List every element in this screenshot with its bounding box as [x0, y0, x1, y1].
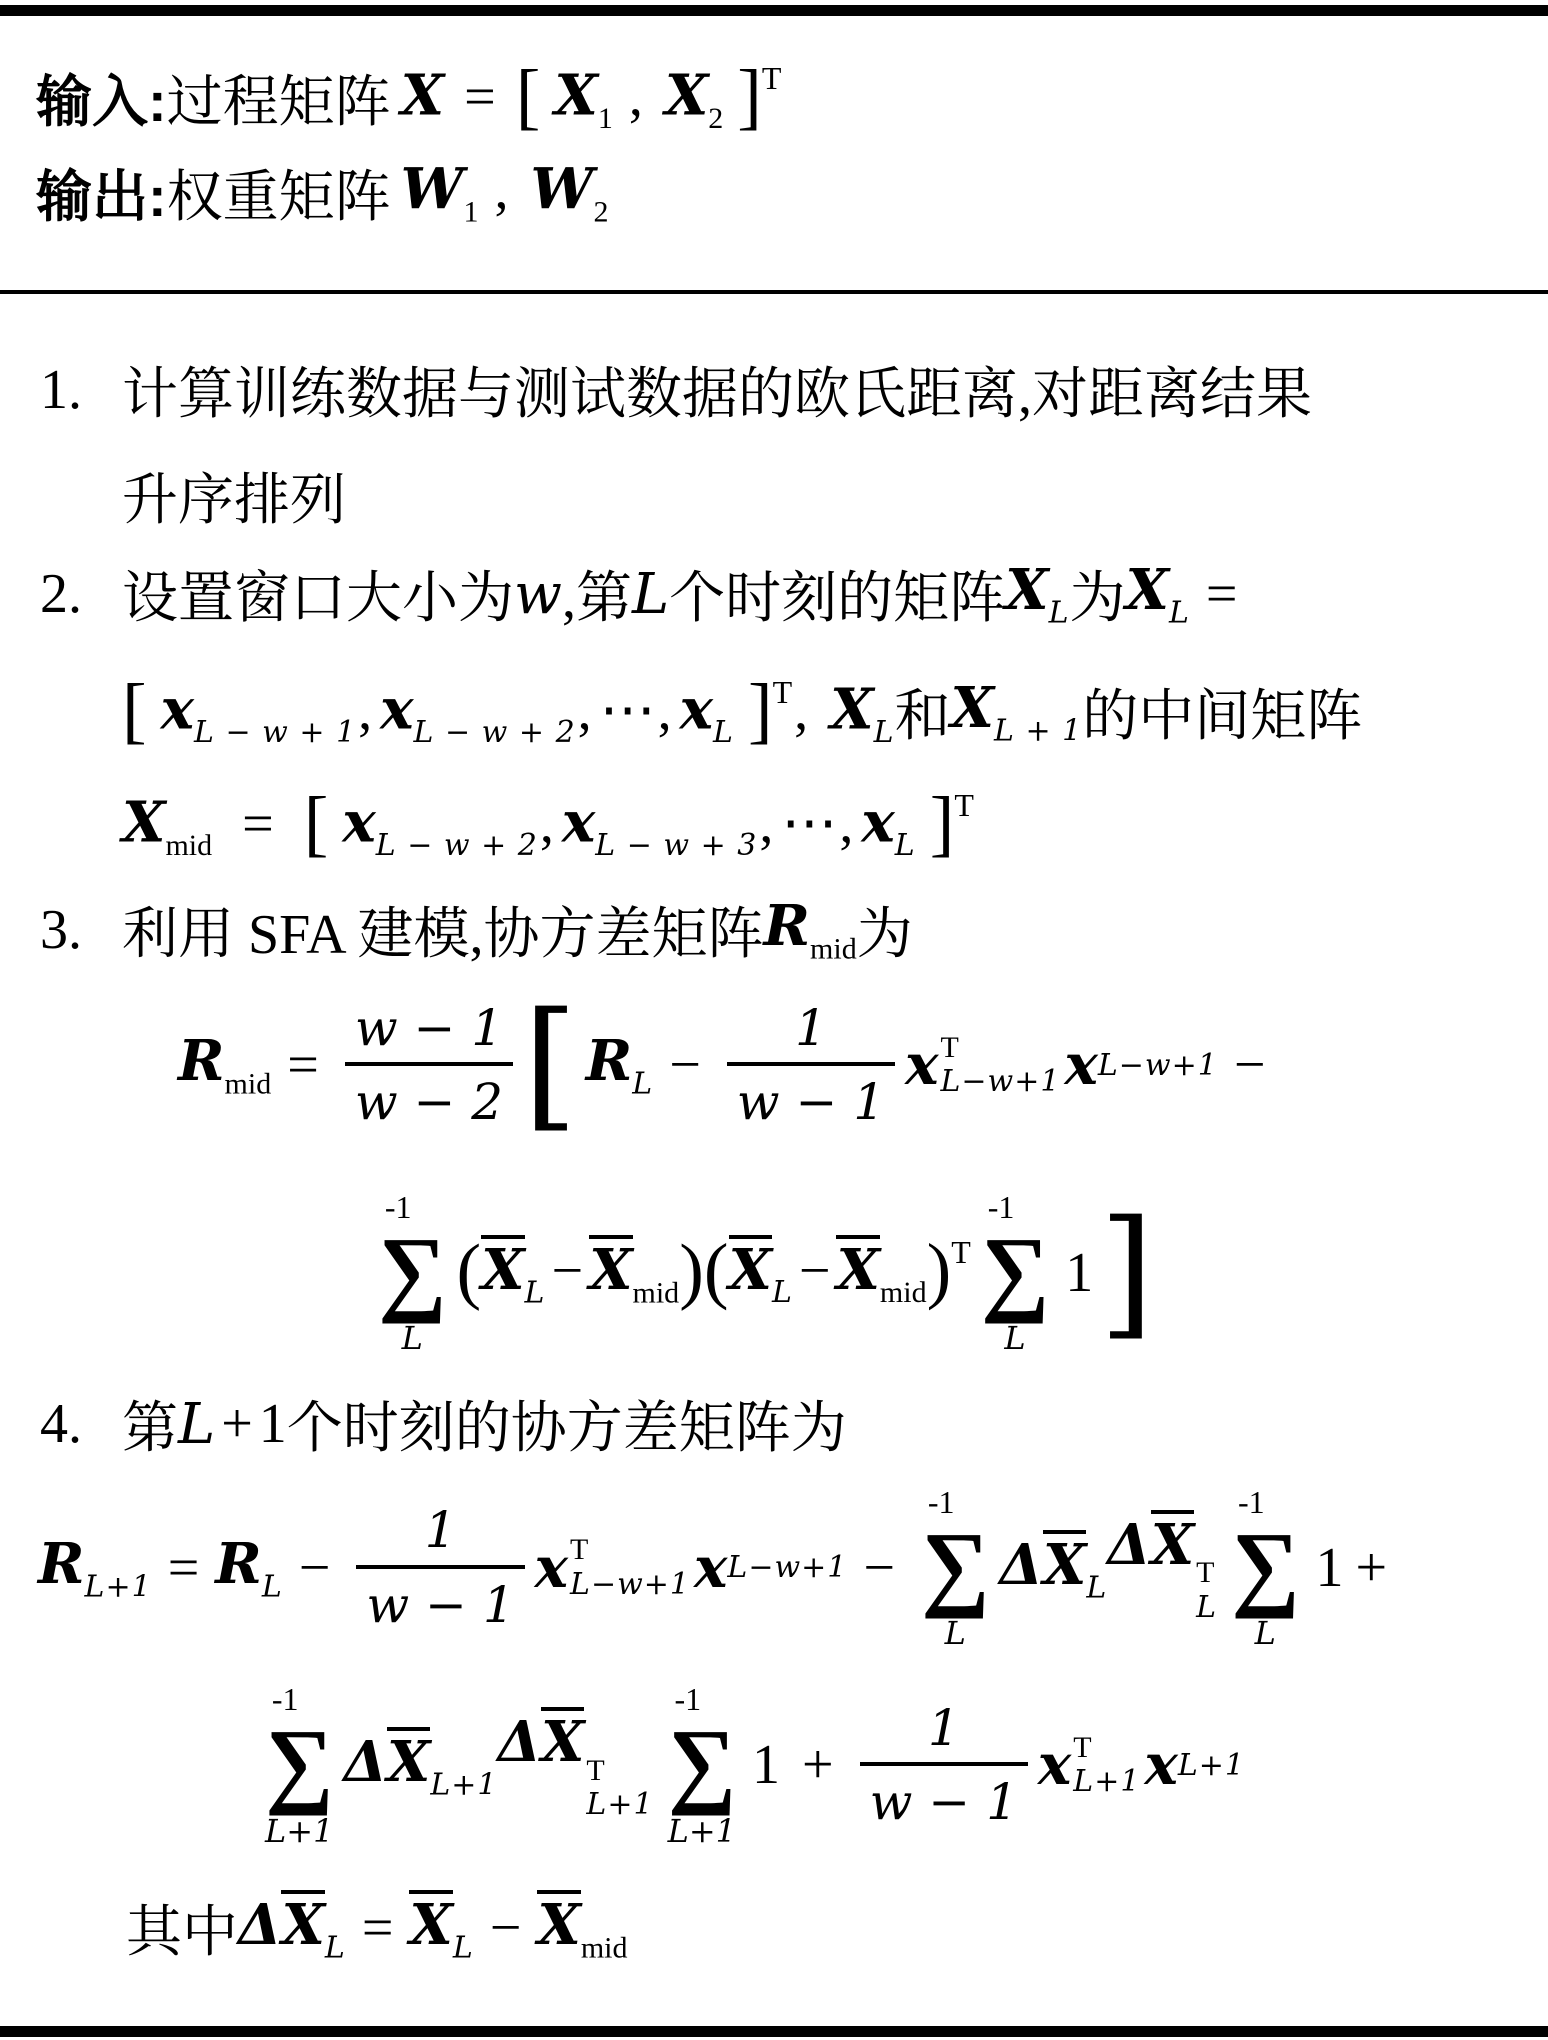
- input-formula: X = [ X1 , X2 ]T: [401, 60, 782, 136]
- step-2-text-6: 的中间矩阵: [1082, 672, 1362, 752]
- op-minus: −: [299, 1536, 331, 1600]
- sub-mid: mid: [810, 933, 857, 966]
- sub-L: L: [772, 1276, 793, 1311]
- var-L: L: [178, 1392, 215, 1457]
- denominator: w − 1: [356, 1565, 524, 1632]
- sup-transpose: T: [586, 1754, 604, 1789]
- output-formula: W1 , W2: [401, 156, 609, 230]
- left-paren: (: [456, 1230, 481, 1312]
- var-x-transpose: x: [905, 1032, 938, 1098]
- fraction-1-over-w1: 1w − 1: [727, 1002, 895, 1129]
- sup-inverse: -1: [1238, 1486, 1265, 1518]
- var-X2: X: [665, 63, 708, 129]
- sup-inverse: -1: [674, 1683, 701, 1715]
- xl-vector-formula: [ xL − w + 1,xL − w + 2,⋯,xL ]T, XL: [122, 674, 895, 750]
- op-equals: =: [464, 66, 496, 128]
- sub-L: L: [1086, 1570, 1107, 1605]
- step-2-text-4: 为: [1070, 554, 1126, 634]
- op-equals: =: [168, 1536, 200, 1600]
- input-term: 过程矩阵: [167, 58, 391, 138]
- var-X: X: [951, 675, 994, 741]
- cdots: ⋯: [781, 793, 837, 855]
- output-term: 权重矩阵: [167, 153, 391, 233]
- step-3-text-2: 为: [857, 890, 913, 970]
- input-label: 输入:: [36, 58, 167, 138]
- supsub-T-Lw1: TL−w+1: [940, 1031, 1060, 1100]
- sub-mid: mid: [581, 1931, 628, 1964]
- step-1-number: 1.: [40, 358, 122, 422]
- sub-L: L: [1049, 596, 1070, 631]
- sub-L-plus-1: L+1: [586, 1788, 653, 1823]
- var-X1: X: [554, 63, 597, 129]
- var-RL: RL: [586, 1028, 653, 1102]
- comma: ,: [658, 680, 672, 742]
- fraction-w1-over-w2: w − 1w − 2: [345, 1002, 513, 1129]
- var-x: x: [562, 790, 595, 856]
- delta-Xbar-L: ΔXL: [238, 1890, 346, 1966]
- sup-inverse: -1: [988, 1191, 1015, 1223]
- right-bracket: ]: [930, 782, 955, 864]
- var-W1: W: [401, 156, 464, 222]
- var-x: x: [342, 790, 375, 856]
- sub-L-w-3: L − w + 3: [595, 828, 757, 863]
- op-minus: −: [551, 1240, 583, 1302]
- where-text: 其中: [126, 1888, 238, 1968]
- sigma-inverse-L: -1∑L: [378, 1191, 446, 1354]
- sup-inverse: -1: [928, 1486, 955, 1518]
- sub-L: L: [632, 1067, 653, 1102]
- var-L: L: [632, 562, 669, 627]
- paren-group-2: (XL−Xmid)T: [704, 1234, 971, 1310]
- sub-L-plus-1: L+1: [1073, 1765, 1140, 1800]
- sub-1: 1: [598, 102, 613, 135]
- var-X-bar: X: [1043, 1532, 1086, 1598]
- sigma-inverse-L: -1∑L: [981, 1191, 1049, 1354]
- op-equals: =: [287, 1033, 319, 1097]
- step-2-number: 2.: [40, 562, 122, 626]
- cdots: ⋯: [600, 680, 656, 742]
- formula-rmid-line-1: Rmid = w − 1w − 2 [ RL − 1w − 1 xTL−w+1 …: [178, 980, 1281, 1150]
- delta-icon: Δ: [498, 1709, 541, 1775]
- var-X-bar: X: [537, 1892, 580, 1958]
- formula-where-line: 其中 ΔXL = XL − Xmid: [126, 1880, 628, 1975]
- sub-L: L: [895, 828, 916, 863]
- var-x: x: [161, 677, 194, 743]
- var-X-bar: X: [1151, 1512, 1194, 1578]
- op-plus: +: [1356, 1536, 1388, 1600]
- sub-L: L: [262, 1569, 283, 1604]
- sub-L: L: [1255, 1617, 1276, 1649]
- step-2-line-3: Xmid = [ xL − w + 2,xL − w + 3,⋯,xL ]T: [122, 775, 974, 875]
- step-2-text-2: ,第: [562, 554, 632, 634]
- constant-one: 1: [1316, 1536, 1344, 1600]
- sup-transpose: T: [951, 1234, 971, 1270]
- sub-L-w-1: L−w+1: [570, 1568, 690, 1603]
- step-2-text-3: 个时刻的矩阵: [669, 554, 1005, 634]
- sigma-inverse-L: -1∑L: [921, 1486, 989, 1649]
- var-x-transpose: x: [1038, 1732, 1071, 1798]
- delta-icon: Δ: [1107, 1512, 1150, 1578]
- var-X: X: [401, 63, 444, 129]
- sup-transpose: T: [762, 60, 782, 96]
- comma: ,: [540, 793, 554, 855]
- sub-L-w-1: L − w + 1: [194, 715, 356, 750]
- header-input-line: 输入:过程矩阵 X = [ X1 , X2 ]T: [36, 48, 781, 148]
- top-rule: [0, 5, 1548, 16]
- sup-transpose: T: [570, 1533, 588, 1568]
- comma: ,: [759, 793, 773, 855]
- sub-L: L: [713, 715, 734, 750]
- step-1-text-cont: 升序排列: [122, 456, 346, 536]
- op-plus: +: [802, 1733, 834, 1797]
- sub-L: L: [402, 1322, 423, 1354]
- var-Rmid: Rmid: [763, 893, 856, 967]
- sup-transpose: T: [1073, 1731, 1091, 1766]
- rmid-eq: Rmid: [178, 1028, 271, 1102]
- comma: ,: [839, 793, 853, 855]
- sup-inverse: -1: [272, 1683, 299, 1715]
- sub-L: L: [325, 1930, 346, 1965]
- sub-L: L: [1004, 1322, 1025, 1354]
- var-X: X: [830, 677, 873, 743]
- delta-icon: Δ: [999, 1532, 1042, 1598]
- var-X-bar: X: [836, 1237, 879, 1303]
- sup-inverse: -1: [385, 1191, 412, 1223]
- step-4-text-1: 第: [122, 1384, 178, 1464]
- left-bracket: [: [122, 669, 147, 751]
- delta-icon: Δ: [343, 1729, 386, 1795]
- op-minus: −: [669, 1033, 701, 1097]
- sub-L: L: [1169, 596, 1190, 631]
- formula-rmid-line-2: -1∑L (XL−Xmid) (XL−Xmid)T -1∑L 1 ]: [368, 1180, 1154, 1365]
- delta-Xbar-L-transpose: ΔXTL: [1107, 1510, 1221, 1626]
- delta-icon: Δ: [238, 1892, 281, 1958]
- output-label: 输出:: [36, 153, 167, 233]
- header-divider-rule: [0, 290, 1548, 294]
- sigma-icon: ∑: [668, 1717, 736, 1808]
- step-2-text-5: 和: [895, 672, 951, 752]
- delta-Xbar-L1-transpose: ΔXTL+1: [498, 1707, 658, 1823]
- sub-L: L: [874, 715, 895, 750]
- supsub-T-L1: TL+1: [1073, 1731, 1140, 1800]
- numerator: 1: [415, 1504, 467, 1565]
- algorithm-box: 输入:过程矩阵 X = [ X1 , X2 ]T 输出:权重矩阵 W1 , W2…: [0, 0, 1548, 2040]
- sub-L: L: [525, 1275, 546, 1310]
- denominator: w − 2: [345, 1062, 513, 1129]
- var-X-bar: X: [281, 1892, 324, 1958]
- op-plus: +: [221, 1392, 253, 1456]
- numerator: w − 1: [345, 1002, 513, 1063]
- sub-L-plus-1: L+1: [265, 1815, 333, 1847]
- sub-2: 2: [708, 102, 723, 135]
- op-equals: =: [362, 1896, 394, 1960]
- op-equals: =: [1206, 562, 1238, 626]
- comma: ,: [794, 680, 808, 742]
- var-x: x: [694, 1535, 727, 1601]
- var-x: x: [380, 677, 413, 743]
- denominator: w − 1: [727, 1062, 895, 1129]
- fraction-1-over-w1: 1w − 1: [356, 1504, 524, 1631]
- left-bracket: [: [516, 55, 541, 137]
- step-2-line-1: 2. 设置窗口大小为 w ,第 L 个时刻的矩阵 XL 为 XL =: [40, 552, 1253, 636]
- var-R: R: [38, 1531, 85, 1597]
- sub-L-plus-1: L+1: [430, 1768, 497, 1803]
- var-R: R: [763, 893, 810, 959]
- sub-L-w-1: L−w+1: [727, 1550, 847, 1585]
- step-3-text-1: 利用 SFA 建模,协方差矩阵: [122, 890, 763, 970]
- sub-2: 2: [593, 196, 608, 229]
- op-equals: =: [242, 793, 274, 855]
- op-minus: −: [863, 1536, 895, 1600]
- var-X-bar: X: [589, 1237, 632, 1303]
- sub-mid: mid: [633, 1276, 680, 1309]
- sigma-inverse-L1: -1∑L+1: [265, 1683, 333, 1846]
- paren-group-1: (XL−Xmid): [456, 1235, 703, 1311]
- var-R: R: [215, 1531, 262, 1597]
- number-one: 1: [259, 1392, 287, 1456]
- var-R: R: [586, 1028, 633, 1094]
- var-XL-2: XL: [1126, 557, 1190, 631]
- sub-L-w-1: L−w+1: [1098, 1048, 1218, 1083]
- formula-rl1-line-1: RL+1 = RL − 1w − 1 xTL−w+1 xL−w+1 − -1∑L…: [38, 1470, 1393, 1665]
- sup-transpose: T: [954, 787, 974, 823]
- delta-Xbar-L: ΔXL: [999, 1530, 1107, 1606]
- step-4-line-1: 4. 第 L + 1 个时刻的协方差矩阵为: [40, 1382, 847, 1466]
- sub-mid: mid: [880, 1277, 927, 1310]
- step-3-line-1: 3. 利用 SFA 建模,协方差矩阵 Rmid 为: [40, 888, 913, 972]
- step-3-number: 3.: [40, 898, 122, 962]
- var-x: x: [1144, 1732, 1177, 1798]
- right-paren: ): [927, 1230, 952, 1312]
- sub-1: 1: [464, 196, 479, 229]
- var-x: x: [861, 790, 894, 856]
- sup-transpose: T: [940, 1031, 958, 1066]
- formula-rl1-line-2: -1∑L+1 ΔXL+1 ΔXTL+1 -1∑L+1 1 + 1w − 1 xT…: [255, 1665, 1245, 1865]
- step-2-text-1: 设置窗口大小为: [122, 554, 514, 634]
- delta-Xbar-L1: ΔXL+1: [343, 1727, 497, 1803]
- numerator: 1: [918, 1702, 970, 1763]
- sub-L-w-2: L − w + 2: [414, 715, 576, 750]
- supsub-T-Lw1: TL−w+1: [570, 1533, 690, 1602]
- step-4-number: 4.: [40, 1392, 122, 1456]
- sigma-icon: ∑: [378, 1225, 446, 1316]
- step-1-line-1: 1. 计算训练数据与测试数据的欧氏距离,对距离结果: [40, 352, 1312, 428]
- step-2-line-2: [ xL − w + 1,xL − w + 2,⋯,xL ]T, XL 和 XL…: [122, 662, 1362, 762]
- comma: ,: [629, 66, 643, 128]
- sigma-inverse-L: -1∑L: [1231, 1486, 1299, 1649]
- sigma-icon: ∑: [921, 1520, 989, 1611]
- sub-L-plus-1: L+1: [1178, 1748, 1245, 1783]
- fraction-1-over-w1: 1w − 1: [860, 1702, 1028, 1829]
- left-paren: (: [704, 1230, 729, 1312]
- step-1-line-2: 升序排列: [122, 458, 346, 534]
- sub-L-w-2: L − w + 2: [376, 828, 538, 863]
- right-bracket: ]: [737, 55, 762, 137]
- xmid-formula: Xmid = [ xL − w + 2,xL − w + 3,⋯,xL ]T: [122, 787, 974, 863]
- denominator: w − 1: [860, 1762, 1028, 1829]
- var-X-bar: X: [481, 1237, 524, 1303]
- Xbar-mid: Xmid: [537, 1890, 627, 1966]
- comma: ,: [358, 680, 372, 742]
- var-X-bar: X: [409, 1892, 452, 1958]
- constant-one: 1: [752, 1733, 780, 1797]
- sub-L-plus-1: L + 1: [994, 714, 1082, 749]
- step-4-text-2: 个时刻的协方差矩阵为: [287, 1384, 847, 1464]
- right-bracket: ]: [748, 669, 773, 751]
- var-X-bar: X: [541, 1709, 584, 1775]
- header-output-line: 输出:权重矩阵 W1 , W2: [36, 148, 608, 238]
- var-W2: W: [531, 156, 594, 222]
- op-minus: −: [490, 1896, 522, 1960]
- supsub-T-L1: TL+1: [586, 1754, 653, 1823]
- sup-transpose: T: [773, 674, 793, 710]
- Xbar-L: XL: [409, 1890, 473, 1966]
- step-1-text: 计算训练数据与测试数据的欧氏距离,对距离结果: [122, 350, 1312, 430]
- left-bracket: [: [304, 782, 329, 864]
- var-x: x: [1064, 1032, 1097, 1098]
- sigma-icon: ∑: [1231, 1520, 1299, 1611]
- sup-transpose: T: [1196, 1556, 1214, 1591]
- var-RL1: RL+1: [38, 1531, 152, 1605]
- sub-L-plus-1: L+1: [668, 1815, 736, 1847]
- right-paren: ): [679, 1230, 704, 1312]
- var-X-bar: X: [729, 1237, 772, 1303]
- constant-one: 1: [1065, 1241, 1093, 1305]
- numerator: 1: [785, 1002, 837, 1063]
- comma: ,: [495, 159, 509, 221]
- sub-mid: mid: [165, 829, 212, 862]
- sigma-icon: ∑: [265, 1717, 333, 1808]
- var-x-transpose: x: [535, 1535, 568, 1601]
- sub-L: L: [945, 1617, 966, 1649]
- var-x: x: [680, 677, 713, 743]
- var-R: R: [178, 1028, 225, 1094]
- var-X: X: [1126, 557, 1169, 623]
- var-X: X: [1005, 557, 1048, 623]
- op-minus: −: [1234, 1033, 1266, 1097]
- sub-L: L: [1196, 1591, 1217, 1626]
- sigma-inverse-L1: -1∑L+1: [668, 1683, 736, 1846]
- var-XL: XL: [1005, 557, 1069, 631]
- supsub-T-L: TL: [1196, 1556, 1217, 1625]
- sub-mid: mid: [225, 1068, 272, 1101]
- var-X: X: [122, 790, 165, 856]
- bottom-rule: [0, 2026, 1548, 2037]
- var-X-bar: X: [387, 1729, 430, 1795]
- var-RL: RL: [215, 1531, 282, 1605]
- op-minus: −: [799, 1240, 831, 1302]
- sub-L: L: [453, 1930, 474, 1965]
- var-XL1: XL + 1: [951, 675, 1083, 749]
- sub-L-plus-1: L+1: [85, 1569, 152, 1604]
- var-w: w: [514, 562, 562, 627]
- sigma-icon: ∑: [981, 1225, 1049, 1316]
- sub-L-w-1: L−w+1: [940, 1065, 1060, 1100]
- comma: ,: [578, 680, 592, 742]
